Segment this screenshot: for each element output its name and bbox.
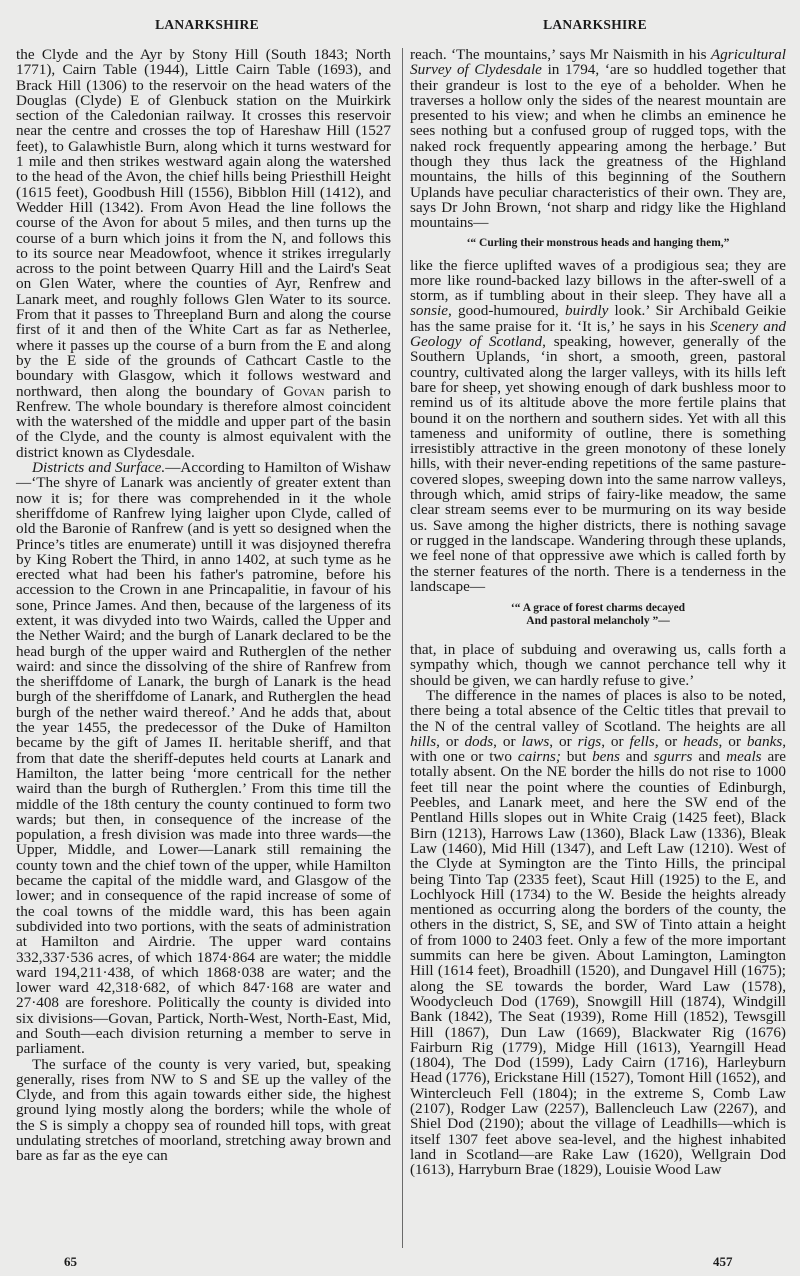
naismith-paragraph: reach. ‘The mountains,’ says Mr Naismith… — [410, 47, 786, 231]
verse-quote-2-line1: ‘“ A grace of forest charms decayed — [511, 602, 685, 614]
place-names-paragraph: The difference in the names of places is… — [410, 688, 786, 1178]
left-running-head: LANARKSHIRE — [14, 17, 400, 33]
geikie-paragraph: like the fierce uplifted waves of a prod… — [410, 258, 786, 595]
sympathy-paragraph: that, in place of subduing and overawing… — [410, 642, 786, 688]
place-names-text-b: are totally absent. On the NE border the… — [410, 748, 786, 1178]
place-names-text-a: The difference in the names of places is… — [410, 687, 786, 735]
districts-paragraph: Districts and Surface.—According to Hami… — [16, 460, 391, 1057]
left-text-column: the Clyde and the Ayr by Stony Hill (Sou… — [16, 47, 391, 1164]
surface-paragraph: The surface of the county is very varied… — [16, 1057, 391, 1164]
verse-quote-2: ‘“ A grace of forest charms decayedAnd p… — [410, 602, 786, 628]
geikie-text-a: like the fierce uplifted waves of a prod… — [410, 257, 786, 305]
right-text-column: reach. ‘The mountains,’ says Mr Naismith… — [410, 47, 786, 1177]
districts-text: —According to Hamilton of Wishaw—‘The sh… — [16, 459, 391, 1057]
right-running-head: LANARKSHIRE — [402, 17, 788, 33]
boundary-text: the Clyde and the Ayr by Stony Hill (Sou… — [16, 46, 391, 400]
left-page-number: 65 — [64, 1254, 77, 1270]
verse-quote-1: ‘“ Curling their monstrous heads and han… — [410, 237, 786, 250]
naismith-text-b: in 1794, ‘are so huddled together that t… — [410, 61, 786, 231]
book-page-spread: LANARKSHIRE LANARKSHIRE the Clyde and th… — [0, 0, 800, 1276]
verse-quote-2-line2: And pastoral melancholy ”— — [526, 615, 669, 627]
column-divider — [402, 48, 403, 1248]
geikie-text-d: , speaking, however, generally of the So… — [410, 333, 786, 595]
right-page-number: 457 — [713, 1254, 733, 1270]
boundary-paragraph: the Clyde and the Ayr by Stony Hill (Sou… — [16, 47, 391, 460]
